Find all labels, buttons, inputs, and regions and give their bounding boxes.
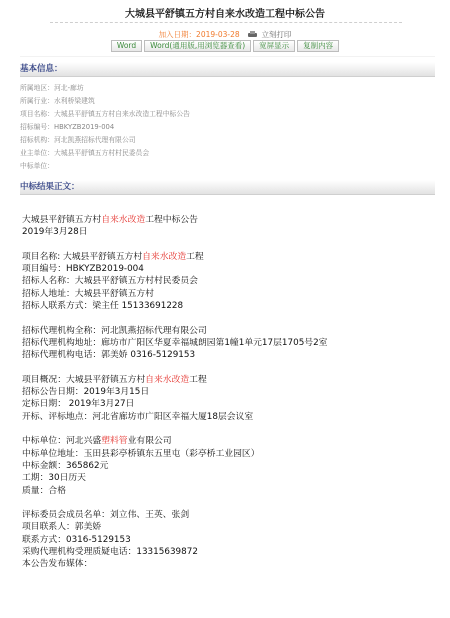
toolbar: Word Word(通用版,用浏览器查看) 宽屏显示 复制内容 <box>0 40 450 52</box>
info-winner: 中标单位： <box>20 160 190 173</box>
printer-icon[interactable] <box>248 31 257 38</box>
bid-location: 开标、评标地点：河北省廊坊市广阳区幸福大厦18层会议室 <box>22 411 327 423</box>
agency-name: 招标代理机构全称：河北凯燕招标代理有限公司 <box>22 325 327 337</box>
contact-person: 项目联系人：郭美娇 <box>22 521 327 533</box>
winner: 中标单位：河北兴盛塑料管业有限公司 <box>22 435 327 447</box>
result-heading: 中标结果正文： <box>20 182 80 192</box>
quality: 质量：合格 <box>22 485 327 497</box>
info-project-name: 项目名称：大城县平舒镇五方村自来水改造工程中标公告 <box>20 108 190 121</box>
notice-date: 招标公告日期：2019年3月15日 <box>22 386 327 398</box>
keyword-link[interactable]: 塑料管 <box>101 436 127 446</box>
text: 项目概况：大城县平舒镇五方村 <box>22 375 145 385</box>
publish-date: 加入日期：2019-03-28 <box>159 30 240 39</box>
agency-phone: 招标代理机构电话：郭美娇 0316-5129153 <box>22 349 327 361</box>
keyword-link[interactable]: 自来水改造 <box>101 215 145 225</box>
award-amount: 中标金额：365862元 <box>22 460 327 472</box>
basic-info-heading: 基本信息： <box>20 64 63 74</box>
result-body: 大城县平舒镇五方村自来水改造工程中标公告 2019年3月28日 项目名称: 大城… <box>22 214 327 571</box>
committee: 评标委员会成员名单：刘立伟、王英、张剑 <box>22 509 327 521</box>
copy-content-button[interactable]: 复制内容 <box>297 40 339 52</box>
text: 项目名称: 大城县平舒镇五方村 <box>22 252 142 262</box>
title-divider <box>50 22 402 23</box>
complaint-phone: 采购代理机构受理质疑电话：13315639872 <box>22 546 327 558</box>
tenderer-address: 招标人地址：大城县平舒镇五方村 <box>22 288 327 300</box>
tenderer-name: 招标人名称：大城县平舒镇五方村村民委员会 <box>22 275 327 287</box>
project-no: 项目编号：HBKYZB2019-004 <box>22 263 327 275</box>
word-button[interactable]: Word <box>111 40 142 52</box>
award-date: 定标日期： 2019年3月27日 <box>22 398 327 410</box>
info-region: 所属地区：河北-廊坊 <box>20 82 190 95</box>
text: 业有限公司 <box>128 436 172 446</box>
agency-address: 招标代理机构地址：廊坊市广阳区华夏幸福城朗园第1幢1单元17层1705号2室 <box>22 337 327 349</box>
basic-info-header: 基本信息： <box>20 62 435 77</box>
publish-media: 本公告发布媒体： <box>22 558 327 570</box>
keyword-link[interactable]: 自来水改造 <box>142 252 186 262</box>
result-header: 中标结果正文： <box>20 180 435 195</box>
info-owner: 业主单位：大城县平舒镇五方村村民委员会 <box>20 147 190 160</box>
info-industry: 所属行业：水利桥梁建筑 <box>20 95 190 108</box>
word-browser-button[interactable]: Word(通用版,用浏览器查看) <box>144 40 251 52</box>
tenderer-contact: 招标人联系方式：梁主任 15133691228 <box>22 300 327 312</box>
project-name: 项目名称: 大城县平舒镇五方村自来水改造工程 <box>22 251 327 263</box>
page-title: 大城县平舒镇五方村自来水改造工程中标公告 <box>0 5 450 20</box>
winner-address: 中标单位地址：玉田县彩亭桥镇东五里屯（彩亭桥工业园区） <box>22 448 327 460</box>
print-link[interactable]: 立刻打印 <box>261 30 291 39</box>
duration: 工期：30日历天 <box>22 472 327 484</box>
info-tender-no: 招标编号：HBKYZB2019-004 <box>20 121 190 134</box>
text: 中标单位：河北兴盛 <box>22 436 101 446</box>
project-overview: 项目概况：大城县平舒镇五方村自来水改造工程 <box>22 374 327 386</box>
contact-phone: 联系方式：0316-5129153 <box>22 534 327 546</box>
result-date: 2019年3月28日 <box>22 226 327 238</box>
info-agency: 招标机构：河北凯燕招标代理有限公司 <box>20 134 190 147</box>
keyword-link[interactable]: 自来水改造 <box>145 375 189 385</box>
text: 大城县平舒镇五方村 <box>22 215 101 225</box>
toolbar-divider <box>20 56 435 57</box>
text: 工程 <box>186 252 204 262</box>
basic-info-list: 所属地区：河北-廊坊 所属行业：水利桥梁建筑 项目名称：大城县平舒镇五方村自来水… <box>20 82 190 173</box>
text: 工程中标公告 <box>145 215 198 225</box>
text: 工程 <box>189 375 207 385</box>
meta-line: 加入日期：2019-03-28 立刻打印 <box>0 30 450 40</box>
widescreen-button[interactable]: 宽屏显示 <box>253 40 295 52</box>
result-title: 大城县平舒镇五方村自来水改造工程中标公告 <box>22 214 327 226</box>
